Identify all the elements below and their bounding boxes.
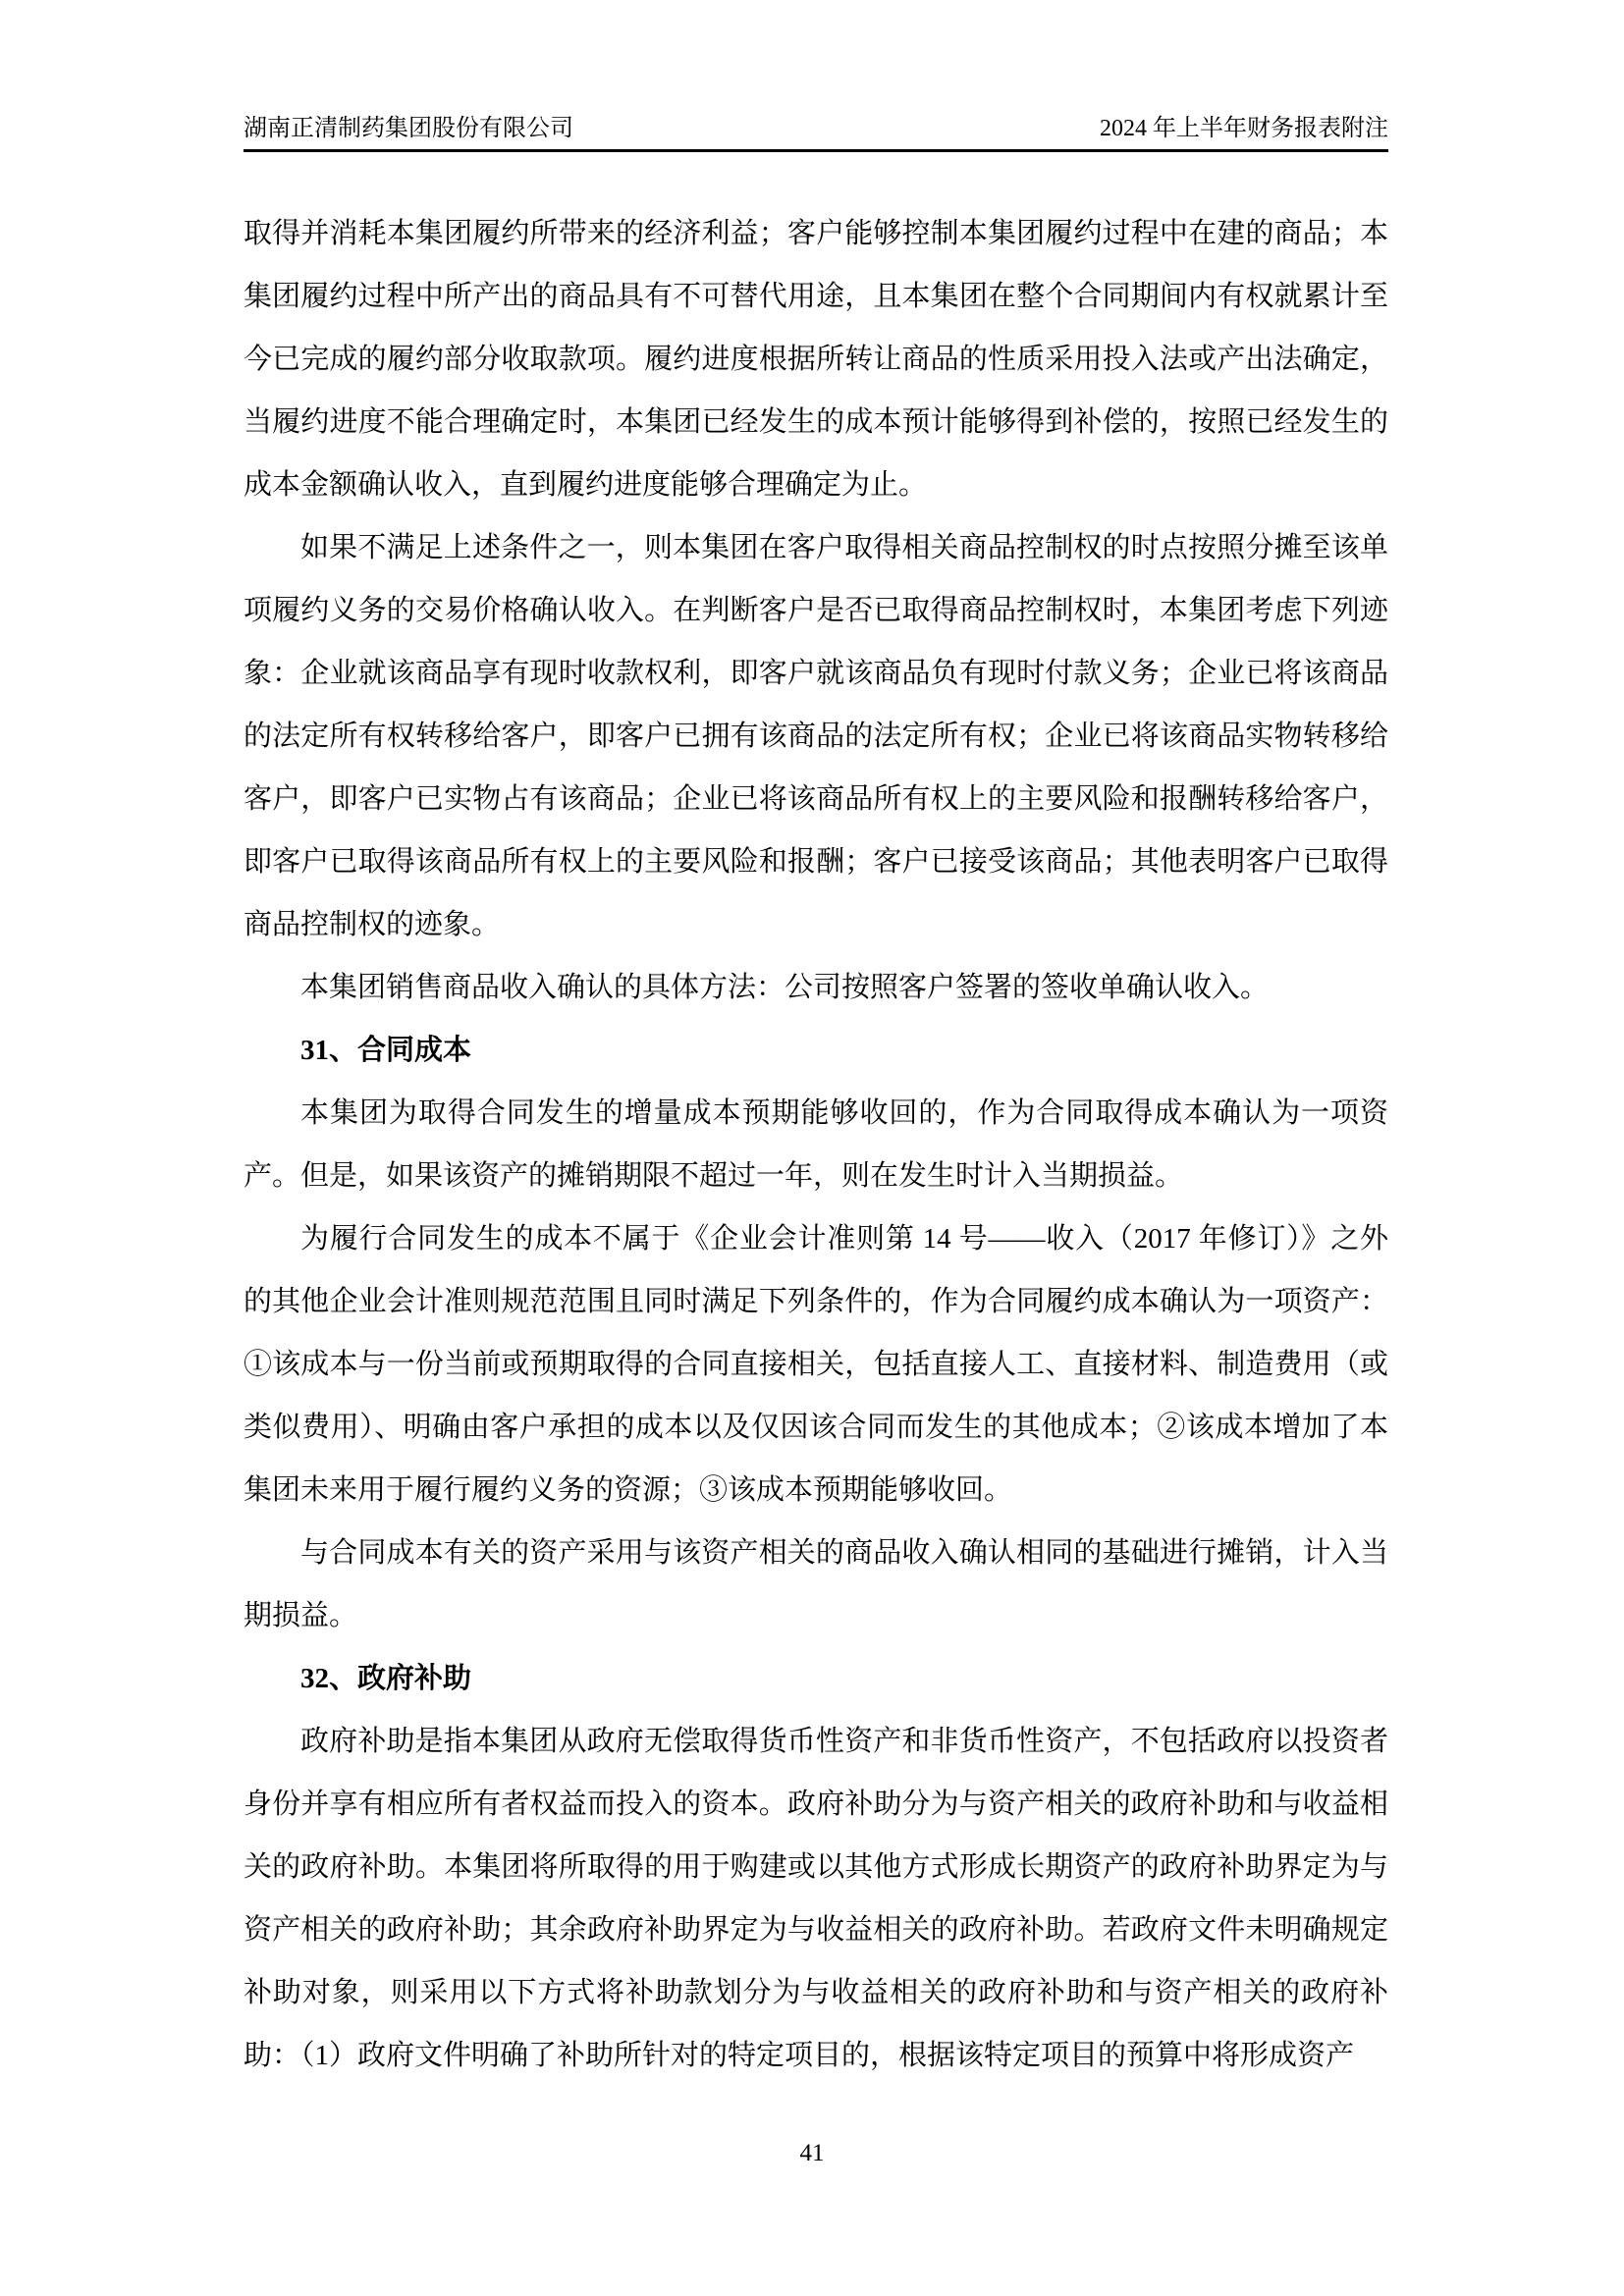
paragraph-government-grant: 政府补助是指本集团从政府无偿取得货币性资产和非货币性资产，不包括政府以投资者 身… <box>244 1710 1388 2087</box>
document-page: 湖南正清制药集团股份有限公司 2024 年上半年财务报表附注 取得并消耗本集团履… <box>0 0 1624 2296</box>
text-line: 的其他企业会计准则规范范围且同时满足下列条件的，作为合同履约成本确认为一项资产： <box>244 1270 1388 1333</box>
text-line: 象：企业就该商品享有现时收款权利，即客户就该商品负有现时付款义务；企业已将该商品 <box>244 642 1388 705</box>
text-line: 的法定所有权转移给客户，即客户已拥有该商品的法定所有权；企业已将该商品实物转移给 <box>244 705 1388 768</box>
text-line: 类似费用）、明确由客户承担的成本以及仅因该合同而发生的其他成本；②该成本增加了本 <box>244 1396 1388 1459</box>
text-line: 项履约义务的交易价格确认收入。在判断客户是否已取得商品控制权时，本集团考虑下列迹 <box>244 579 1388 642</box>
text-line: 与合同成本有关的资产采用与该资产相关的商品收入确认相同的基础进行摊销，计入当 <box>244 1522 1388 1584</box>
paragraph-revenue-recognition-continued: 取得并消耗本集团履约所带来的经济利益；客户能够控制本集团履约过程中在建的商品；本… <box>244 202 1388 516</box>
page-footer: 41 <box>0 2138 1624 2169</box>
text-line: 如果不满足上述条件之一，则本集团在客户取得相关商品控制权的时点按照分摊至该单 <box>244 516 1388 579</box>
text-line: 当履约进度不能合理确定时，本集团已经发生的成本预计能够得到补偿的，按照已经发生的 <box>244 391 1388 454</box>
text-line: 本集团销售商品收入确认的具体方法：公司按照客户签署的签收单确认收入。 <box>244 956 1388 1019</box>
text-line: 期损益。 <box>244 1584 1388 1647</box>
text-line: 补助对象，则采用以下方式将补助款划分为与收益相关的政府补助和与资产相关的政府补 <box>244 1961 1388 2024</box>
text-line: 即客户已取得该商品所有权上的主要风险和报酬；客户已接受该商品；其他表明客户已取得 <box>244 830 1388 893</box>
text-line: 客户，即客户已实物占有该商品；企业已将该商品所有权上的主要风险和报酬转移给客户， <box>244 768 1388 830</box>
text-line: ①该成本与一份当前或预期取得的合同直接相关，包括直接人工、直接材料、制造费用（或 <box>244 1333 1388 1396</box>
page-header: 湖南正清制药集团股份有限公司 2024 年上半年财务报表附注 <box>244 114 1388 152</box>
paragraph-contract-cost-1: 本集团为取得合同发生的增量成本预期能够收回的，作为合同取得成本确认为一项资 产。… <box>244 1082 1388 1207</box>
text-line: 今已完成的履约部分收取款项。履约进度根据所转让商品的性质采用投入法或产出法确定， <box>244 328 1388 391</box>
text-line: 本集团为取得合同发生的增量成本预期能够收回的，作为合同取得成本确认为一项资 <box>244 1082 1388 1145</box>
paragraph-revenue-method: 本集团销售商品收入确认的具体方法：公司按照客户签署的签收单确认收入。 <box>244 956 1388 1019</box>
text-line: 资产相关的政府补助；其余政府补助界定为与收益相关的政府补助。若政府文件未明确规定 <box>244 1898 1388 1961</box>
text-line: 助：（1）政府文件明确了补助所针对的特定项目的，根据该特定项目的预算中将形成资产 <box>244 2024 1388 2087</box>
text-line: 关的政府补助。本集团将所取得的用于购建或以其他方式形成长期资产的政府补助界定为与 <box>244 1836 1388 1898</box>
text-line: 政府补助是指本集团从政府无偿取得货币性资产和非货币性资产，不包括政府以投资者 <box>244 1710 1388 1773</box>
paragraph-contract-cost-3: 与合同成本有关的资产采用与该资产相关的商品收入确认相同的基础进行摊销，计入当 期… <box>244 1522 1388 1647</box>
header-report-title: 2024 年上半年财务报表附注 <box>1100 114 1388 143</box>
header-company-name: 湖南正清制药集团股份有限公司 <box>244 114 573 143</box>
text-line: 身份并享有相应所有者权益而投入的资本。政府补助分为与资产相关的政府补助和与收益相 <box>244 1773 1388 1836</box>
text-line: 集团未来用于履行履约义务的资源；③该成本预期能够收回。 <box>244 1459 1388 1522</box>
text-line: 成本金额确认收入，直到履约进度能够合理确定为止。 <box>244 454 1388 516</box>
paragraph-contract-cost-2: 为履行合同发生的成本不属于《企业会计准则第 14 号——收入（2017 年修订）… <box>244 1207 1388 1522</box>
section-heading-32-government-grant: 32、政府补助 <box>244 1647 1388 1710</box>
text-line: 商品控制权的迹象。 <box>244 893 1388 956</box>
page-number: 41 <box>800 2140 825 2166</box>
text-line: 为履行合同发生的成本不属于《企业会计准则第 14 号——收入（2017 年修订）… <box>244 1207 1388 1270</box>
section-heading-31-contract-cost: 31、合同成本 <box>244 1019 1388 1082</box>
document-body: 取得并消耗本集团履约所带来的经济利益；客户能够控制本集团履约过程中在建的商品；本… <box>244 202 1388 2087</box>
text-line: 取得并消耗本集团履约所带来的经济利益；客户能够控制本集团履约过程中在建的商品；本 <box>244 202 1388 265</box>
paragraph-control-transfer: 如果不满足上述条件之一，则本集团在客户取得相关商品控制权的时点按照分摊至该单 项… <box>244 516 1388 956</box>
text-line: 集团履约过程中所产出的商品具有不可替代用途，且本集团在整个合同期间内有权就累计至 <box>244 265 1388 328</box>
text-line: 产。但是，如果该资产的摊销期限不超过一年，则在发生时计入当期损益。 <box>244 1145 1388 1207</box>
